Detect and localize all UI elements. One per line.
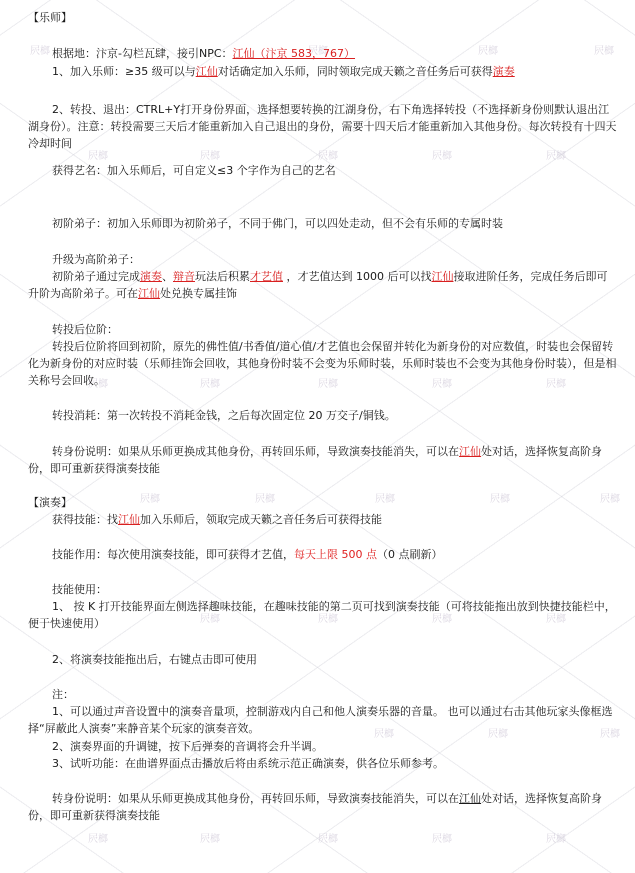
text: 转身份说明：如果从乐师更换成其他身份，再转回乐师，导致演奏技能消失，可以在 (52, 792, 459, 805)
note-3: 3、试听功能：在曲谱界面点击播放后将由系统示范正确演奏，供各位乐师参考。 (28, 755, 617, 772)
text: 获得技能：找 (52, 513, 118, 526)
join-mid: 对话确定加入乐师，同时领取完成天籁之音任务后可获得 (218, 65, 493, 78)
join-pre: 1、加入乐师：≥35 级可以与 (52, 65, 196, 78)
upgrade-info: 初阶弟子通过完成演奏、辩音玩法后积累才艺值 ，才艺值达到 1000 后可以找江仙… (28, 268, 617, 302)
watermark: 屄榔 (318, 152, 342, 162)
text: （0 点刷新） (377, 548, 443, 561)
text: 加入乐师后，领取完成天籁之音任务后可获得技能 (140, 513, 382, 526)
identity-info-1: 转身份说明：如果从乐师更换成其他身份，再转回乐师，导致演奏技能消失，可以在江仙处… (28, 443, 617, 477)
skill-use-2: 2、将演奏技能拖出后，右键点击即可使用 (28, 651, 617, 668)
base-label: 根据地：汴京-勾栏瓦肆，接引NPC： (52, 47, 233, 60)
link-perform[interactable]: 演奏 (493, 65, 515, 78)
watermark: 屄榔 (546, 835, 570, 845)
get-skill-info: 获得技能：找江仙加入乐师后，领取完成天籁之音任务后可获得技能 (28, 511, 617, 528)
cost-info: 转投消耗：第一次转投不消耗金钱，之后每次固定位 20 万交子/铜钱。 (28, 407, 617, 424)
text: 、 (162, 270, 173, 283)
skill-effect-info: 技能作用：每次使用演奏技能，即可获得才艺值，每天上限 500 点（0 点刷新） (28, 546, 617, 563)
link-talent-value[interactable]: 才艺值 (250, 270, 283, 283)
note-1: 1、可以通过声音设置中的演奏音量项，控制游戏内自己和他人演奏乐器的音量。 也可以… (28, 703, 617, 737)
link-bianyin[interactable]: 辩音 (173, 270, 195, 283)
link-jiangxian[interactable]: 江仙 (196, 65, 218, 78)
junior-info: 初阶弟子：初加入乐师即为初阶弟子，不同于佛门，可以四处走动，但不会有乐师的专属时… (28, 215, 617, 232)
art-name-info: 获得艺名：加入乐师后，可自定义≤3 个字作为自己的艺名 (28, 162, 617, 179)
text: 初阶弟子通过完成 (52, 270, 140, 283)
link-jiangxian[interactable]: 江仙 (431, 270, 453, 283)
watermark: 屄榔 (432, 835, 456, 845)
link-jiangxian[interactable]: 江仙 (138, 287, 160, 300)
link-jiangxian[interactable]: 江仙 (459, 792, 481, 805)
identity-info-2: 转身份说明：如果从乐师更换成其他身份，再转回乐师，导致演奏技能消失，可以在江仙处… (28, 790, 617, 824)
link-jiangxian[interactable]: 江仙 (459, 445, 481, 458)
rank-title: 转投后位阶： (28, 321, 617, 338)
base-info: 根据地：汴京-勾栏瓦肆，接引NPC：江仙（汴京 583，767） (28, 45, 617, 62)
link-jiangxian[interactable]: 江仙 (118, 513, 140, 526)
join-info: 1、加入乐师：≥35 级可以与江仙对话确定加入乐师，同时领取完成天籁之音任务后可… (28, 63, 617, 80)
watermark: 屄榔 (546, 152, 570, 162)
skill-use-title: 技能使用： (28, 581, 617, 598)
text: 转身份说明：如果从乐师更换成其他身份，再转回乐师，导致演奏技能消失，可以在 (52, 445, 459, 458)
skill-use-1: 1、 按 K 打开技能界面左侧选择趣味技能，在趣味技能的第二页可找到演奏技能（可… (28, 598, 617, 632)
watermark: 屄榔 (200, 152, 224, 162)
switch-info: 2、转投、退出：CTRL+Y打开身份界面，选择想要转换的江湖身份，右下角选择转投… (28, 101, 617, 152)
watermark: 屄榔 (200, 835, 224, 845)
text: 技能作用：每次使用演奏技能，即可获得才艺值， (52, 548, 294, 561)
note-title: 注： (28, 686, 617, 703)
section-title-musician: 【乐师】 (28, 9, 617, 26)
daily-limit-highlight: 每天上限 500 点 (294, 548, 377, 561)
watermark: 屄榔 (318, 835, 342, 845)
watermark: 屄榔 (88, 152, 112, 162)
upgrade-title: 升级为高阶弟子： (28, 251, 617, 268)
note-2: 2、演奏界面的升调键，按下后弹奏的音调将会升半调。 (28, 738, 617, 755)
section-title-perform: 【演奏】 (28, 494, 617, 511)
rank-info: 转投后位阶将回到初阶，原先的佛性值/书香值/道心值/才艺值也会保留并转化为新身份… (28, 338, 617, 389)
npc-link-jiangxian[interactable]: 江仙（汴京 583，767） (233, 47, 356, 60)
link-perform[interactable]: 演奏 (140, 270, 162, 283)
watermark: 屄榔 (432, 152, 456, 162)
text: 玩法后积累 (195, 270, 250, 283)
text: ，才艺值达到 1000 后可以找 (283, 270, 431, 283)
text: 处兑换专属挂饰 (160, 287, 237, 300)
watermark: 屄榔 (88, 835, 112, 845)
